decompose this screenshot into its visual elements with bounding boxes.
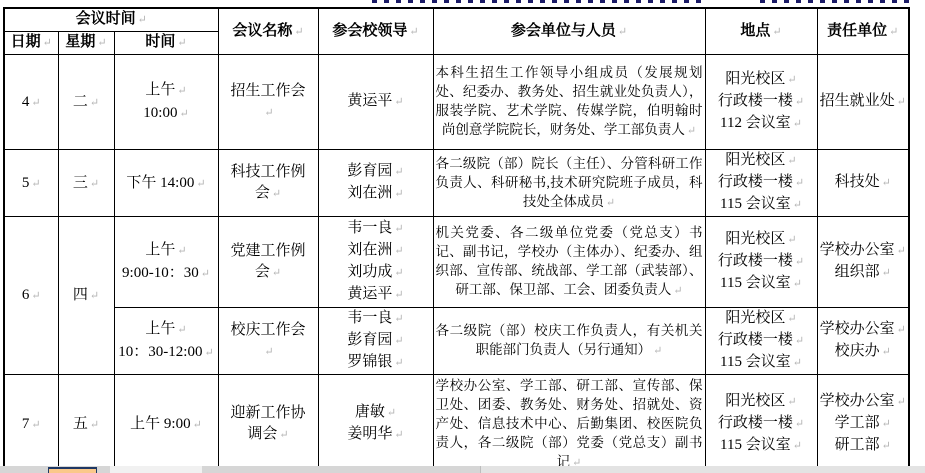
text-line: 115 会议室	[708, 273, 815, 295]
text-line: 责任单位	[820, 21, 907, 43]
text-line: 115 会议室	[708, 352, 815, 374]
document-page: 会议时间 会议名称 参会校领导 参会单位与人员 地点 责任单位 日期 星期 时间…	[0, 0, 925, 473]
text-line: 阳光校区	[708, 308, 815, 330]
cell-school-leaders: 韦一良刘在洲刘功成黄运平	[318, 217, 433, 308]
cell-time: 上午9:00-10：30	[114, 217, 218, 308]
cell-location: 阳光校区行政楼一楼115 会议室	[705, 217, 817, 308]
cell-school-leaders: 唐敏姜明华	[318, 375, 433, 473]
text-line: 刘在洲	[321, 240, 431, 262]
cell-responsible-unit: 学校办公室校庆办	[817, 308, 909, 375]
cell-participants: 各二级院（部）院长（主任）、分管科研工作负责人、科研秘书,技术研究院班子成员，科…	[433, 150, 705, 217]
clipped-bottom-strip	[0, 466, 925, 473]
text-line: 组织部	[820, 262, 907, 284]
text-line: 四	[61, 284, 112, 307]
text-line: 黄运平	[321, 91, 431, 113]
cell-responsible-unit: 科技处	[817, 150, 909, 217]
text-line: 星期	[61, 32, 112, 54]
cell-location: 阳光校区行政楼一楼115 会议室	[705, 308, 817, 375]
cell-time: 上午10：30-12:00	[114, 308, 218, 375]
text-line: 学校办公室	[820, 240, 907, 262]
meeting-schedule-table: 会议时间 会议名称 参会校领导 参会单位与人员 地点 责任单位 日期 星期 时间…	[3, 7, 910, 473]
clipped-orange-widget	[48, 467, 97, 473]
strip-segment	[110, 466, 202, 473]
text-line: 学校办公室	[820, 391, 907, 413]
text-line: 学工部	[820, 413, 907, 435]
cell-school-leaders: 彭育园刘在洲	[318, 150, 433, 217]
header-date: 日期	[4, 32, 58, 55]
text-line: 黄运平	[321, 284, 431, 306]
text-line: 日期	[7, 32, 56, 54]
cell-weekday: 三	[58, 150, 114, 217]
strip-segment	[480, 466, 925, 473]
text-line: 行政楼一楼	[708, 172, 815, 194]
text-line: 学校办公室	[820, 319, 907, 341]
cell-weekday: 五	[58, 375, 114, 473]
header-location: 地点	[705, 8, 817, 55]
cell-responsible-unit: 学校办公室组织部	[817, 217, 909, 308]
cell-date: 4	[4, 55, 58, 150]
header-meeting-time: 会议时间	[4, 8, 218, 32]
text-line: 招生就业处	[820, 91, 907, 113]
cell-meeting-name: 校庆工作会	[218, 308, 318, 375]
cell-meeting-name: 科技工作例会	[218, 150, 318, 217]
text-line: 姜明华	[321, 424, 431, 446]
text-line: 机关党委、各二级单位党委（党总支）书记、副书记，学校办（主体办）、纪委办、组织部…	[436, 223, 703, 301]
text-line: 招生工作会	[228, 81, 309, 124]
text-line: 阳光校区	[708, 391, 815, 413]
text-line: 会议时间	[7, 9, 216, 31]
text-line: 各二级院（部）校庆工作负责人，有关机关职能部门负责人（另行通知）	[436, 321, 703, 361]
text-line: 唐敏	[321, 402, 431, 424]
text-line: 研工部	[820, 435, 907, 457]
header-weekday: 星期	[58, 32, 114, 55]
text-line: 迎新工作协调会	[228, 403, 309, 446]
text-line: 刘功成	[321, 262, 431, 284]
text-line: 学校办公室、学工部、研工部、宣传部、保卫处、团委、教务处、财务处、招就处、资产处…	[436, 376, 703, 473]
header-responsible-unit: 责任单位	[817, 8, 909, 55]
text-line: 科技处	[820, 172, 907, 194]
text-line: 9:00-10：30	[117, 262, 216, 285]
text-line: 参会校领导	[321, 21, 431, 43]
text-line: 115 会议室	[708, 435, 815, 457]
text-line: 行政楼一楼	[708, 330, 815, 352]
text-line: 校庆办	[820, 341, 907, 363]
text-line: 时间	[117, 32, 216, 54]
text-line: 阳光校区	[708, 229, 815, 251]
clipped-title-fragment	[760, 0, 912, 3]
text-line: 阳光校区	[708, 150, 815, 172]
text-line: 韦一良	[321, 308, 431, 330]
header-school-leaders: 参会校领导	[318, 8, 433, 55]
cell-meeting-name: 党建工作例会	[218, 217, 318, 308]
text-line: 7	[7, 413, 56, 436]
text-line: 行政楼一楼	[708, 251, 815, 273]
text-line: 三	[61, 172, 112, 195]
text-line: 本科生招生工作领导小组成员（发展规划处、纪委办、教务处、招生就业处负责人），服装…	[436, 63, 703, 141]
cell-school-leaders: 黄运平	[318, 55, 433, 150]
text-line: 6	[7, 284, 56, 307]
text-line: 5	[7, 172, 56, 195]
cell-meeting-name: 迎新工作协调会	[218, 375, 318, 473]
text-line: 上午	[117, 79, 216, 102]
cell-weekday: 四	[58, 217, 114, 375]
text-line: 4	[7, 91, 56, 114]
text-line: 彭育园	[321, 161, 431, 183]
text-line: 地点	[708, 21, 815, 43]
header-time: 时间	[114, 32, 218, 55]
cell-responsible-unit: 招生就业处	[817, 55, 909, 150]
cell-weekday: 二	[58, 55, 114, 150]
text-line: 党建工作例会	[228, 241, 309, 284]
cell-location: 阳光校区行政楼一楼115 会议室	[705, 375, 817, 473]
text-line: 刘在洲	[321, 183, 431, 205]
text-line: 彭育园	[321, 330, 431, 352]
text-line: 10:00	[117, 102, 216, 125]
text-line: 下午 14:00	[117, 172, 216, 195]
cell-location: 阳光校区行政楼一楼115 会议室	[705, 150, 817, 217]
table-row: 上午10：30-12:00 校庆工作会 韦一良彭育园罗锦银 各二级院（部）校庆工…	[4, 308, 909, 375]
cell-participants: 各二级院（部）校庆工作负责人，有关机关职能部门负责人（另行通知）	[433, 308, 705, 375]
cell-date: 5	[4, 150, 58, 217]
text-line: 上午 9:00	[117, 413, 216, 436]
text-line: 罗锦银	[321, 352, 431, 374]
cell-participants: 本科生招生工作领导小组成员（发展规划处、纪委办、教务处、招生就业处负责人），服装…	[433, 55, 705, 150]
text-line: 10：30-12:00	[117, 341, 216, 364]
text-line: 五	[61, 413, 112, 436]
cell-time: 上午 9:00	[114, 375, 218, 473]
cell-date: 7	[4, 375, 58, 473]
cell-school-leaders: 韦一良彭育园罗锦银	[318, 308, 433, 375]
text-line: 上午	[117, 318, 216, 341]
text-line: 上午	[117, 239, 216, 262]
text-line: 行政楼一楼	[708, 91, 815, 113]
cell-location: 阳光校区行政楼一楼112 会议室	[705, 55, 817, 150]
clipped-title-fragment	[372, 0, 702, 3]
text-line: 校庆工作会	[228, 320, 309, 363]
text-line: 115 会议室	[708, 194, 815, 216]
header-meeting-name: 会议名称	[218, 8, 318, 55]
text-line: 参会单位与人员	[436, 21, 703, 43]
cell-responsible-unit: 学校办公室学工部研工部	[817, 375, 909, 473]
text-line: 各二级院（部）院长（主任）、分管科研工作负责人、科研秘书,技术研究院班子成员，科…	[436, 154, 703, 213]
table-row: 5 三 下午 14:00 科技工作例会 彭育园刘在洲 各二级院（部）院长（主任）…	[4, 150, 909, 217]
text-line: 行政楼一楼	[708, 413, 815, 435]
text-line: 阳光校区	[708, 69, 815, 91]
table-row: 4 二 上午10:00 招生工作会 黄运平 本科生招生工作领导小组成员（发展规划…	[4, 55, 909, 150]
table-row: 6 四 上午9:00-10：30 党建工作例会 韦一良刘在洲刘功成黄运平 机关党…	[4, 217, 909, 308]
cell-date: 6	[4, 217, 58, 375]
text-line: 112 会议室	[708, 113, 815, 135]
cell-meeting-name: 招生工作会	[218, 55, 318, 150]
cell-participants: 学校办公室、学工部、研工部、宣传部、保卫处、团委、教务处、财务处、招就处、资产处…	[433, 375, 705, 473]
cell-time: 下午 14:00	[114, 150, 218, 217]
text-line: 会议名称	[221, 21, 316, 43]
text-line: 科技工作例会	[228, 162, 309, 205]
table-row: 7 五 上午 9:00 迎新工作协调会 唐敏姜明华 学校办公室、学工部、研工部、…	[4, 375, 909, 473]
cell-time: 上午10:00	[114, 55, 218, 150]
text-line: 韦一良	[321, 218, 431, 240]
cell-participants: 机关党委、各二级单位党委（党总支）书记、副书记，学校办（主体办）、纪委办、组织部…	[433, 217, 705, 308]
header-participants: 参会单位与人员	[433, 8, 705, 55]
text-line: 二	[61, 91, 112, 114]
